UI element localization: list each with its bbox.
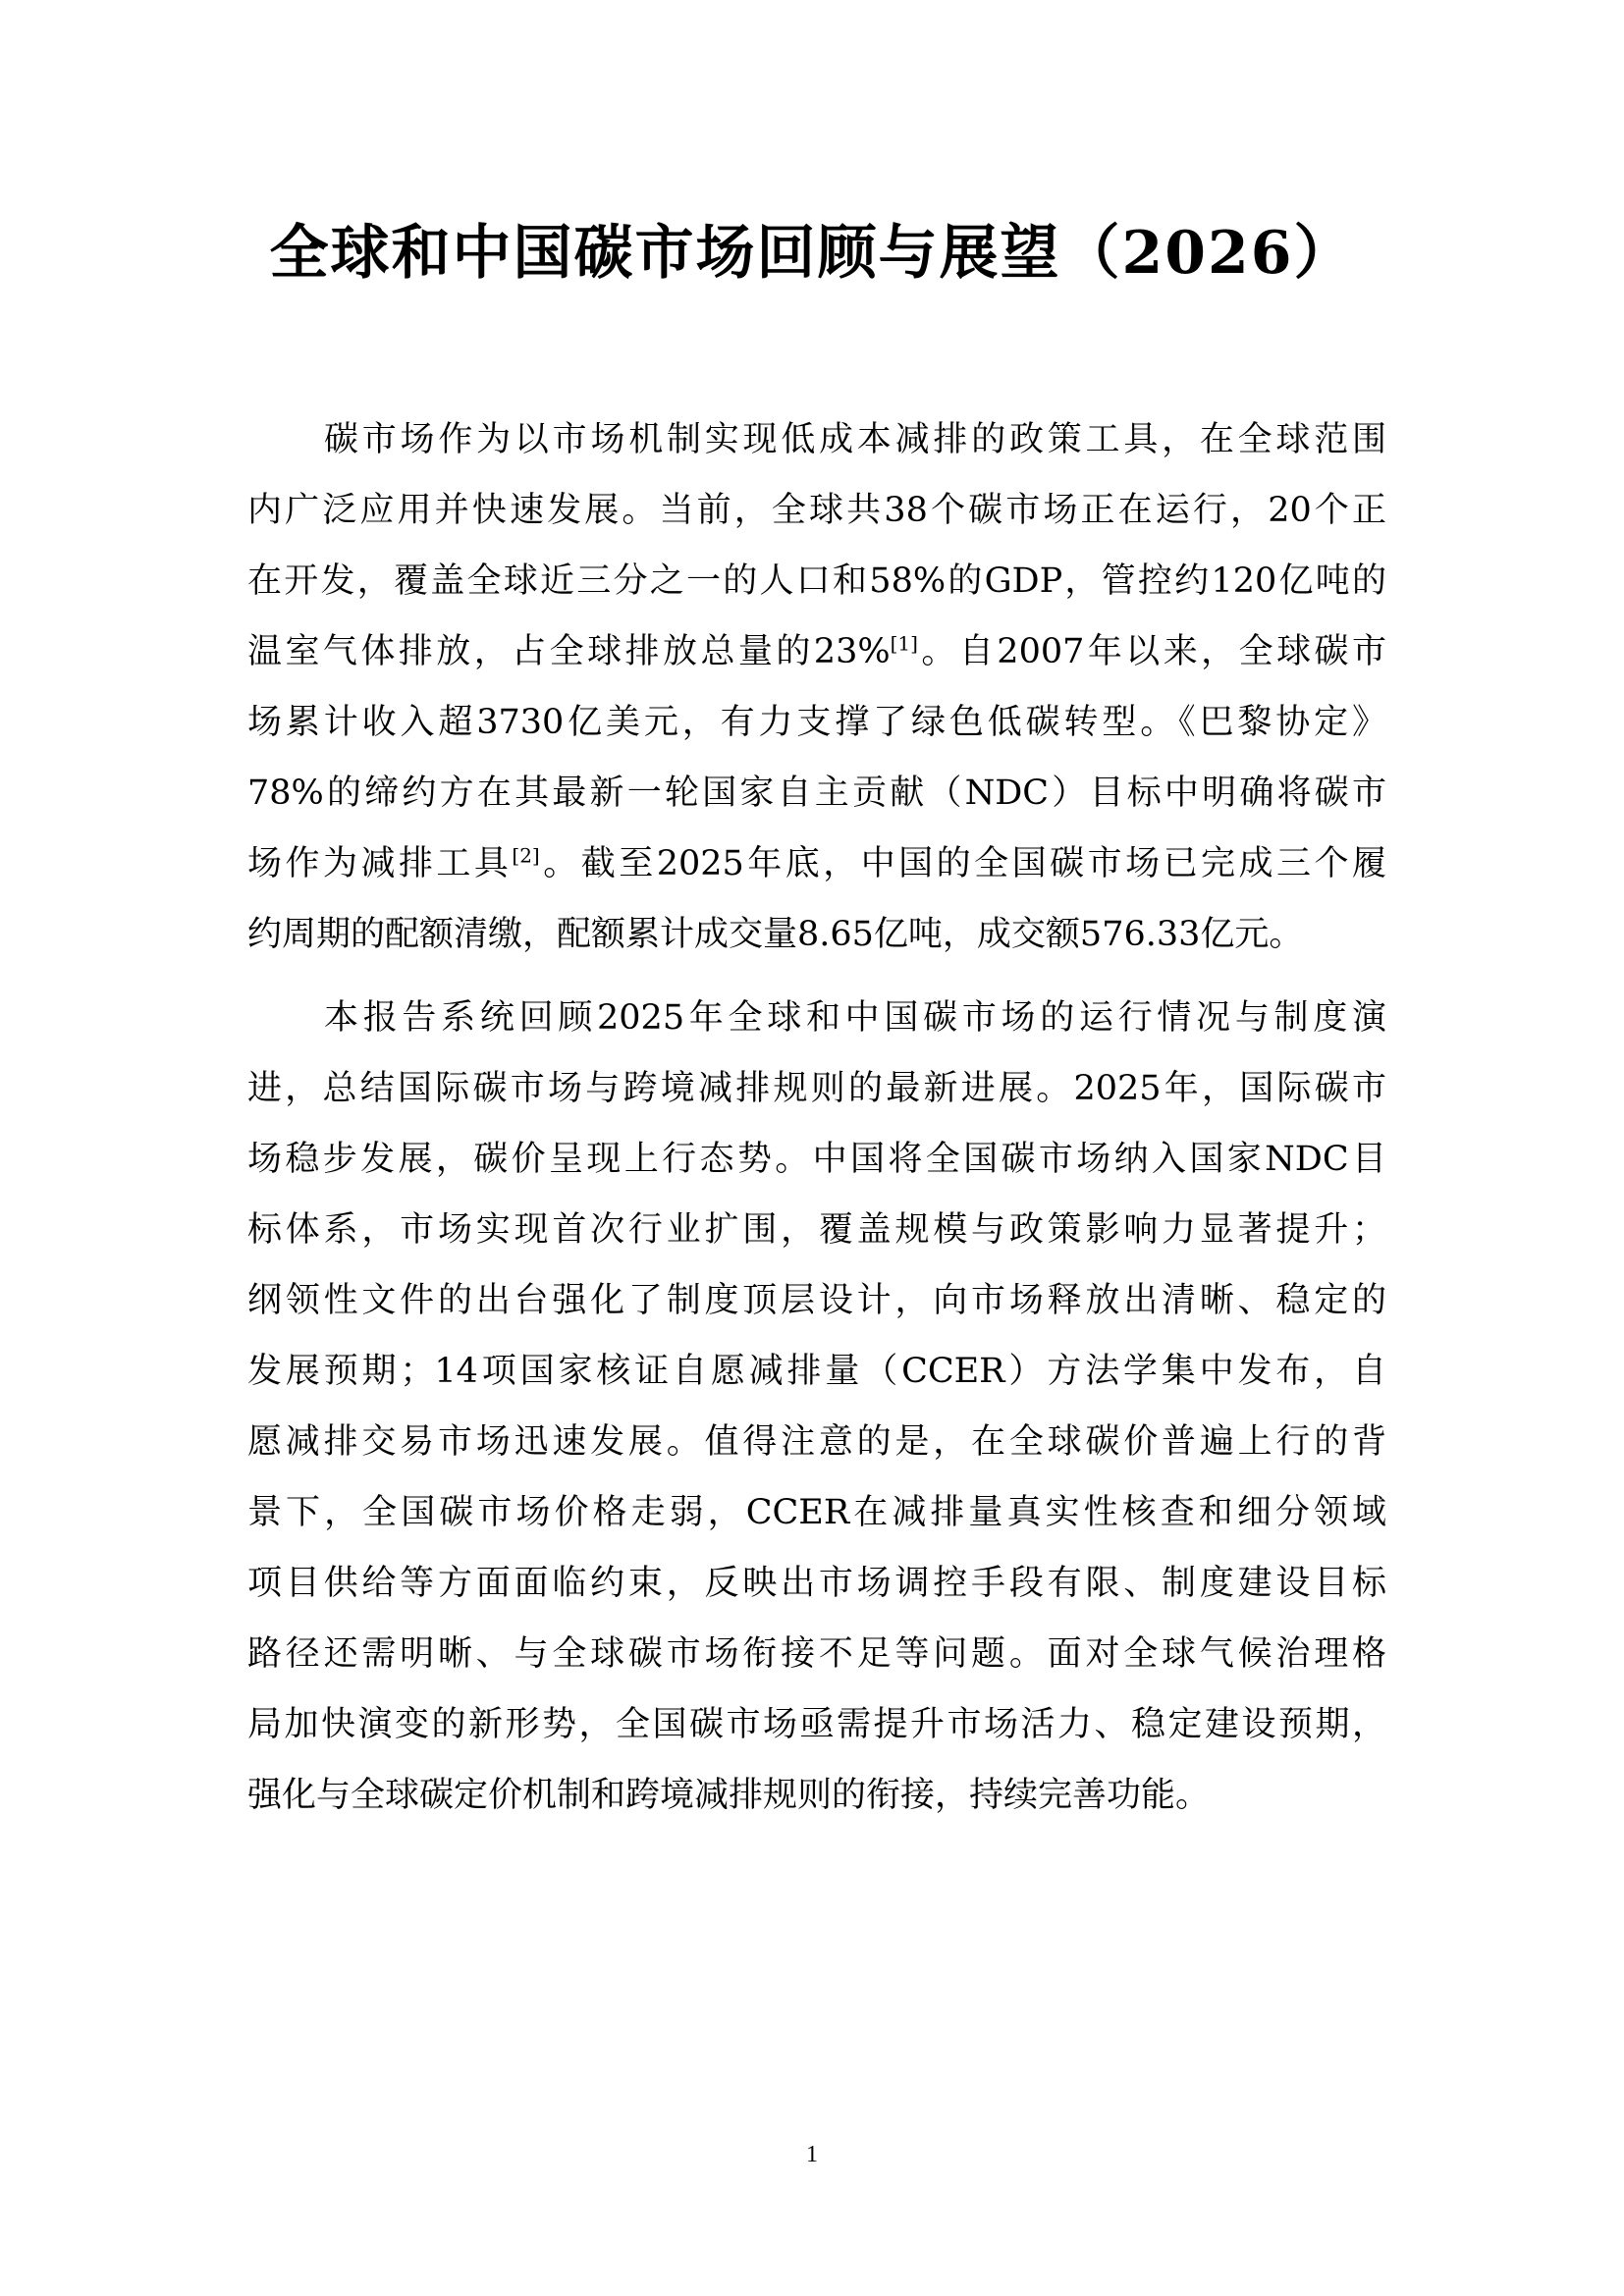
line-text: 景下，全国碳市场价格走弱，CCER在减排量真实性核查和细分领域 <box>247 1493 1386 1532</box>
text-line: 路径还需明晰、与全球碳市场衔接不足等问题。面对全球气候治理格 <box>247 1619 1386 1689</box>
line-text: 进，总结国际碳市场与跨境减排规则的最新进展。2025年，国际碳市 <box>247 1069 1386 1108</box>
text-line: 发展预期；14项国家核证自愿减排量（CCER）方法学集中发布，自 <box>247 1336 1386 1407</box>
line-text: 内广泛应用并快速发展。当前，全球共38个碳市场正在运行，20个正 <box>247 491 1386 530</box>
text-line: 在开发，覆盖全球近三分之一的人口和58%的GDP，管控约120亿吨的 <box>247 546 1386 616</box>
text-line: 约周期的配额清缴，配额累计成交量8.65亿吨，成交额576.33亿元。 <box>247 899 1386 970</box>
line-text: 温室气体排放，占全球排放总量的23% <box>247 632 891 671</box>
line-text: 纲领性文件的出台强化了制度顶层设计，向市场释放出清晰、稳定的 <box>247 1281 1386 1320</box>
line-text: 在开发，覆盖全球近三分之一的人口和58%的GDP，管控约120亿吨的 <box>247 561 1386 601</box>
text-line: 局加快演变的新形势，全国碳市场亟需提升市场活力、稳定建设预期， <box>247 1689 1386 1760</box>
line-text: 发展预期；14项国家核证自愿减排量（CCER）方法学集中发布，自 <box>247 1352 1386 1391</box>
document-title: 全球和中国碳市场回顾与展望（2026） <box>0 214 1624 293</box>
text-line: 温室气体排放，占全球排放总量的23%[1]。自2007年以来，全球碳市 <box>247 616 1386 687</box>
paragraph-intro: 碳市场作为以市场机制实现低成本减排的政策工具，在全球范围 内广泛应用并快速发展。… <box>247 404 1386 970</box>
text-line: 进，总结国际碳市场与跨境减排规则的最新进展。2025年，国际碳市 <box>247 1053 1386 1124</box>
line-text: 场累计收入超3730亿美元，有力支撑了绿色低碳转型。《巴黎协定》 <box>247 703 1386 742</box>
line-text: 碳市场作为以市场机制实现低成本减排的政策工具，在全球范围 <box>324 420 1386 459</box>
line-text: 场作为减排工具 <box>247 844 512 883</box>
text-line: 78%的缔约方在其最新一轮国家自主贡献（NDC）目标中明确将碳市 <box>247 758 1386 828</box>
line-text: 项目供给等方面面临约束，反映出市场调控手段有限、制度建设目标 <box>247 1564 1386 1603</box>
line-text: 标体系，市场实现首次行业扩围，覆盖规模与政策影响力显著提升； <box>247 1210 1386 1250</box>
text-line: 本报告系统回顾2025年全球和中国碳市场的运行情况与制度演 <box>247 983 1386 1053</box>
text-line: 愿减排交易市场迅速发展。值得注意的是，在全球碳价普遍上行的背 <box>247 1407 1386 1477</box>
line-text: 局加快演变的新形势，全国碳市场亟需提升市场活力、稳定建设预期， <box>247 1705 1386 1744</box>
line-text: 。截至2025年底，中国的全国碳市场已完成三个履 <box>540 844 1386 883</box>
line-text: 愿减排交易市场迅速发展。值得注意的是，在全球碳价普遍上行的背 <box>247 1422 1386 1462</box>
text-line: 项目供给等方面面临约束，反映出市场调控手段有限、制度建设目标 <box>247 1548 1386 1619</box>
text-line: 内广泛应用并快速发展。当前，全球共38个碳市场正在运行，20个正 <box>247 475 1386 546</box>
citation-marker[interactable]: [2] <box>512 843 539 867</box>
text-line: 碳市场作为以市场机制实现低成本减排的政策工具，在全球范围 <box>247 404 1386 475</box>
text-line: 场作为减排工具[2]。截至2025年底，中国的全国碳市场已完成三个履 <box>247 828 1386 899</box>
line-text: 场稳步发展，碳价呈现上行态势。中国将全国碳市场纳入国家NDC目 <box>247 1140 1386 1179</box>
document-body: 碳市场作为以市场机制实现低成本减排的政策工具，在全球范围 内广泛应用并快速发展。… <box>247 404 1386 1831</box>
text-line: 场稳步发展，碳价呈现上行态势。中国将全国碳市场纳入国家NDC目 <box>247 1124 1386 1195</box>
line-text: 。自2007年以来，全球碳市 <box>918 632 1386 671</box>
text-line: 纲领性文件的出台强化了制度顶层设计，向市场释放出清晰、稳定的 <box>247 1265 1386 1336</box>
page-number: 1 <box>0 2142 1624 2168</box>
text-line: 标体系，市场实现首次行业扩围，覆盖规模与政策影响力显著提升； <box>247 1195 1386 1265</box>
document-page: 全球和中国碳市场回顾与展望（2026） 碳市场作为以市场机制实现低成本减排的政策… <box>0 0 1624 2296</box>
line-text: 本报告系统回顾2025年全球和中国碳市场的运行情况与制度演 <box>324 998 1386 1038</box>
text-line: 强化与全球碳定价机制和跨境减排规则的衔接，持续完善功能。 <box>247 1760 1386 1831</box>
line-text: 强化与全球碳定价机制和跨境减排规则的衔接，持续完善功能。 <box>247 1776 1210 1815</box>
line-text: 约周期的配额清缴，配额累计成交量8.65亿吨，成交额576.33亿元。 <box>247 915 1303 954</box>
line-text: 路径还需明晰、与全球碳市场衔接不足等问题。面对全球气候治理格 <box>247 1634 1386 1674</box>
text-line: 场累计收入超3730亿美元，有力支撑了绿色低碳转型。《巴黎协定》 <box>247 687 1386 758</box>
citation-marker[interactable]: [1] <box>891 631 918 655</box>
text-line: 景下，全国碳市场价格走弱，CCER在减排量真实性核查和细分领域 <box>247 1477 1386 1548</box>
line-text: 78%的缔约方在其最新一轮国家自主贡献（NDC）目标中明确将碳市 <box>247 774 1386 813</box>
paragraph-report-summary: 本报告系统回顾2025年全球和中国碳市场的运行情况与制度演 进，总结国际碳市场与… <box>247 983 1386 1831</box>
